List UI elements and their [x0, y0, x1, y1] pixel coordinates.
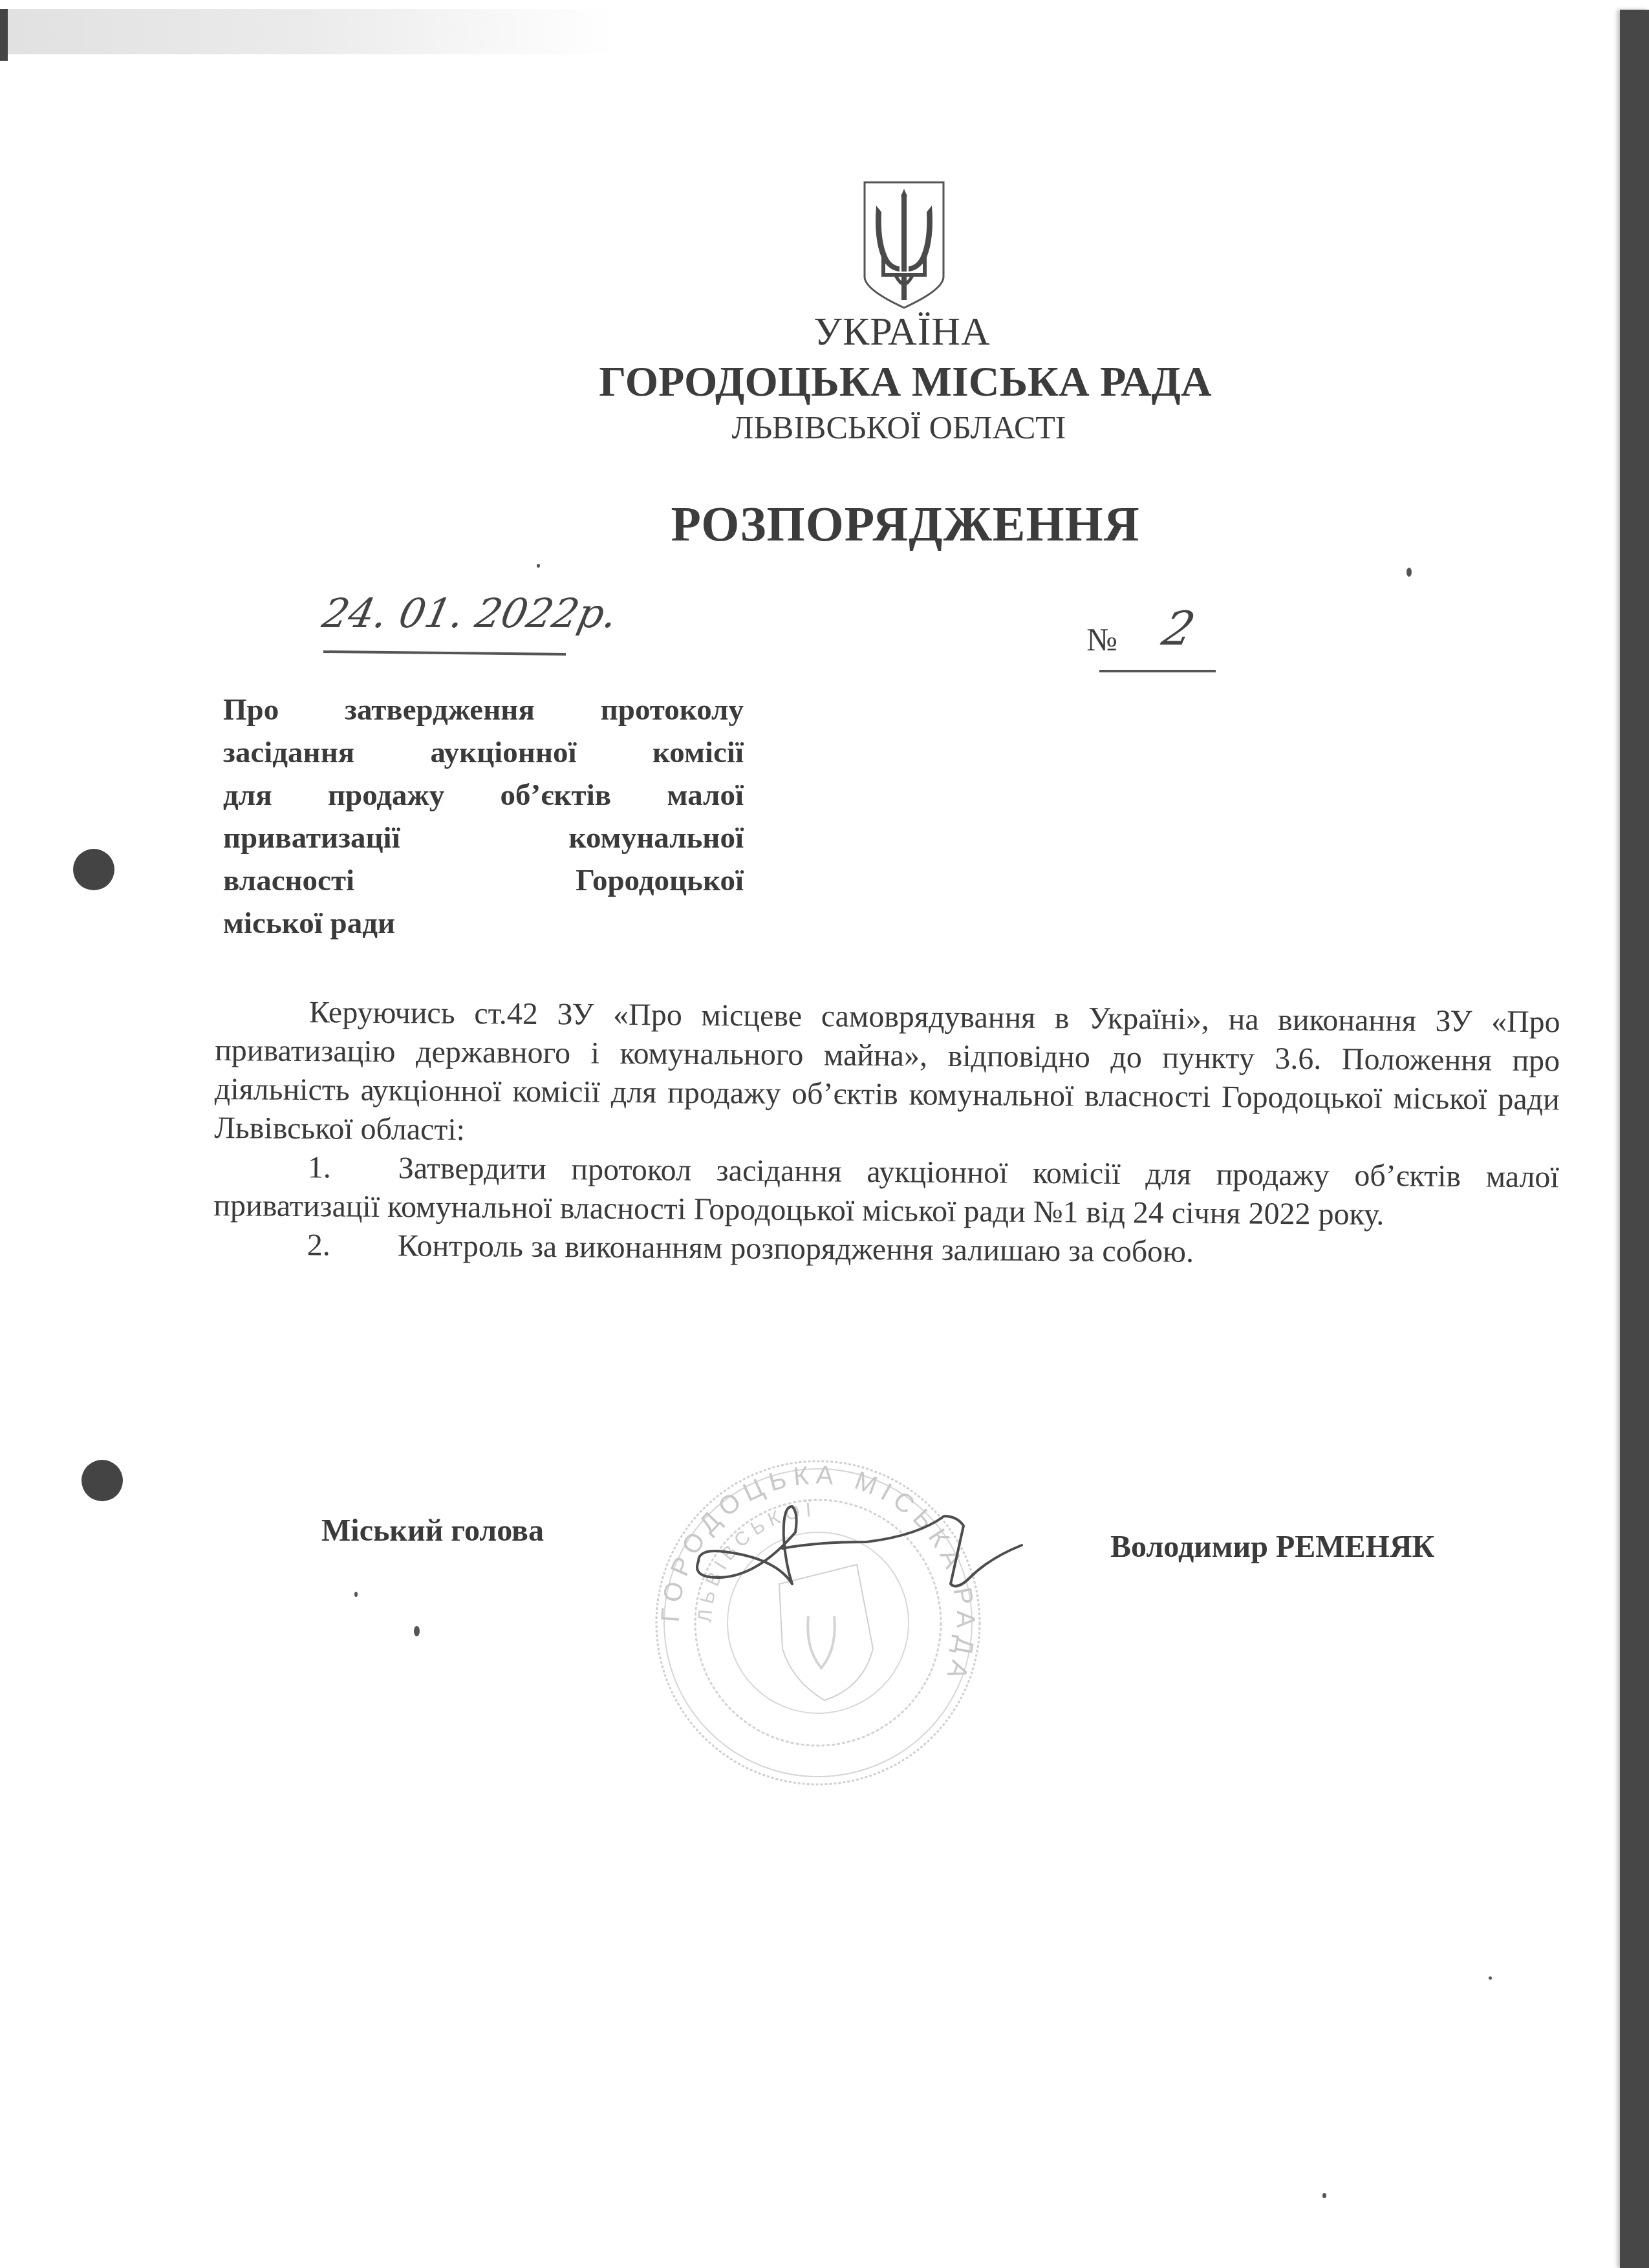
handwritten-signature	[685, 1487, 1073, 1616]
header-region: ЛЬВІВСЬКОЇ ОБЛАСТІ	[685, 409, 1112, 446]
preamble-paragraph: Керуючись ст.42 ЗУ «Про місцеве самовряд…	[214, 992, 1560, 1158]
tryzub-coat-of-arms-icon	[862, 180, 946, 309]
scan-right-edge	[1620, 10, 1649, 2268]
item-text: Затвердити протокол засідання аукціонної…	[213, 1151, 1559, 1232]
item-number: 1.	[308, 1148, 398, 1188]
date-handwritten: 24. 01. 2022р.	[318, 590, 621, 637]
punch-hole-top	[73, 849, 114, 890]
scan-shade	[0, 9, 614, 54]
scan-left-edge	[0, 9, 8, 61]
scan-speck	[1322, 2193, 1326, 2198]
subject-line: міської ради	[223, 902, 744, 945]
scan-speck	[354, 1592, 358, 1597]
subject-line: приватизації комунальної	[223, 817, 744, 859]
date-underline	[323, 650, 566, 656]
subject-line: власності Городоцької	[223, 859, 744, 902]
header-country: УКРАЇНА	[718, 309, 1086, 355]
scan-speck	[1406, 568, 1412, 577]
order-item-1: 1.Затвердити протокол засідання аукціонн…	[213, 1148, 1559, 1236]
signatory-name: Володимир РЕМЕНЯК	[1110, 1529, 1434, 1565]
document-subject: Про затвердження протоколу засідання аук…	[223, 689, 744, 945]
scan-speck	[537, 564, 540, 568]
item-text: Контроль за виконанням розпорядження зал…	[398, 1228, 1194, 1269]
scan-speck	[414, 1626, 420, 1636]
number-handwritten: 2	[1158, 601, 1201, 656]
document-date: 24. 01. 2022р.	[323, 590, 660, 654]
item-number: 2.	[307, 1226, 398, 1265]
signatory-position: Міський голова	[321, 1513, 544, 1548]
subject-line: для продажу об’єктів малої	[223, 774, 744, 817]
subject-line: засідання аукціонної комісії	[223, 731, 744, 774]
document-body: Керуючись ст.42 ЗУ «Про місцеве самовряд…	[213, 992, 1560, 1274]
scan-speck	[1489, 1976, 1492, 1980]
number-underline	[1099, 670, 1216, 672]
document-number: № 2	[1086, 608, 1255, 679]
document-type-title: РОЗПОРЯДЖЕННЯ	[660, 497, 1151, 553]
punch-hole-bottom	[81, 1460, 123, 1501]
number-sign: №	[1086, 621, 1117, 658]
subject-line: Про затвердження протоколу	[223, 689, 744, 731]
header-council-name: ГОРОДОЦЬКА МІСЬКА РАДА	[582, 358, 1229, 407]
